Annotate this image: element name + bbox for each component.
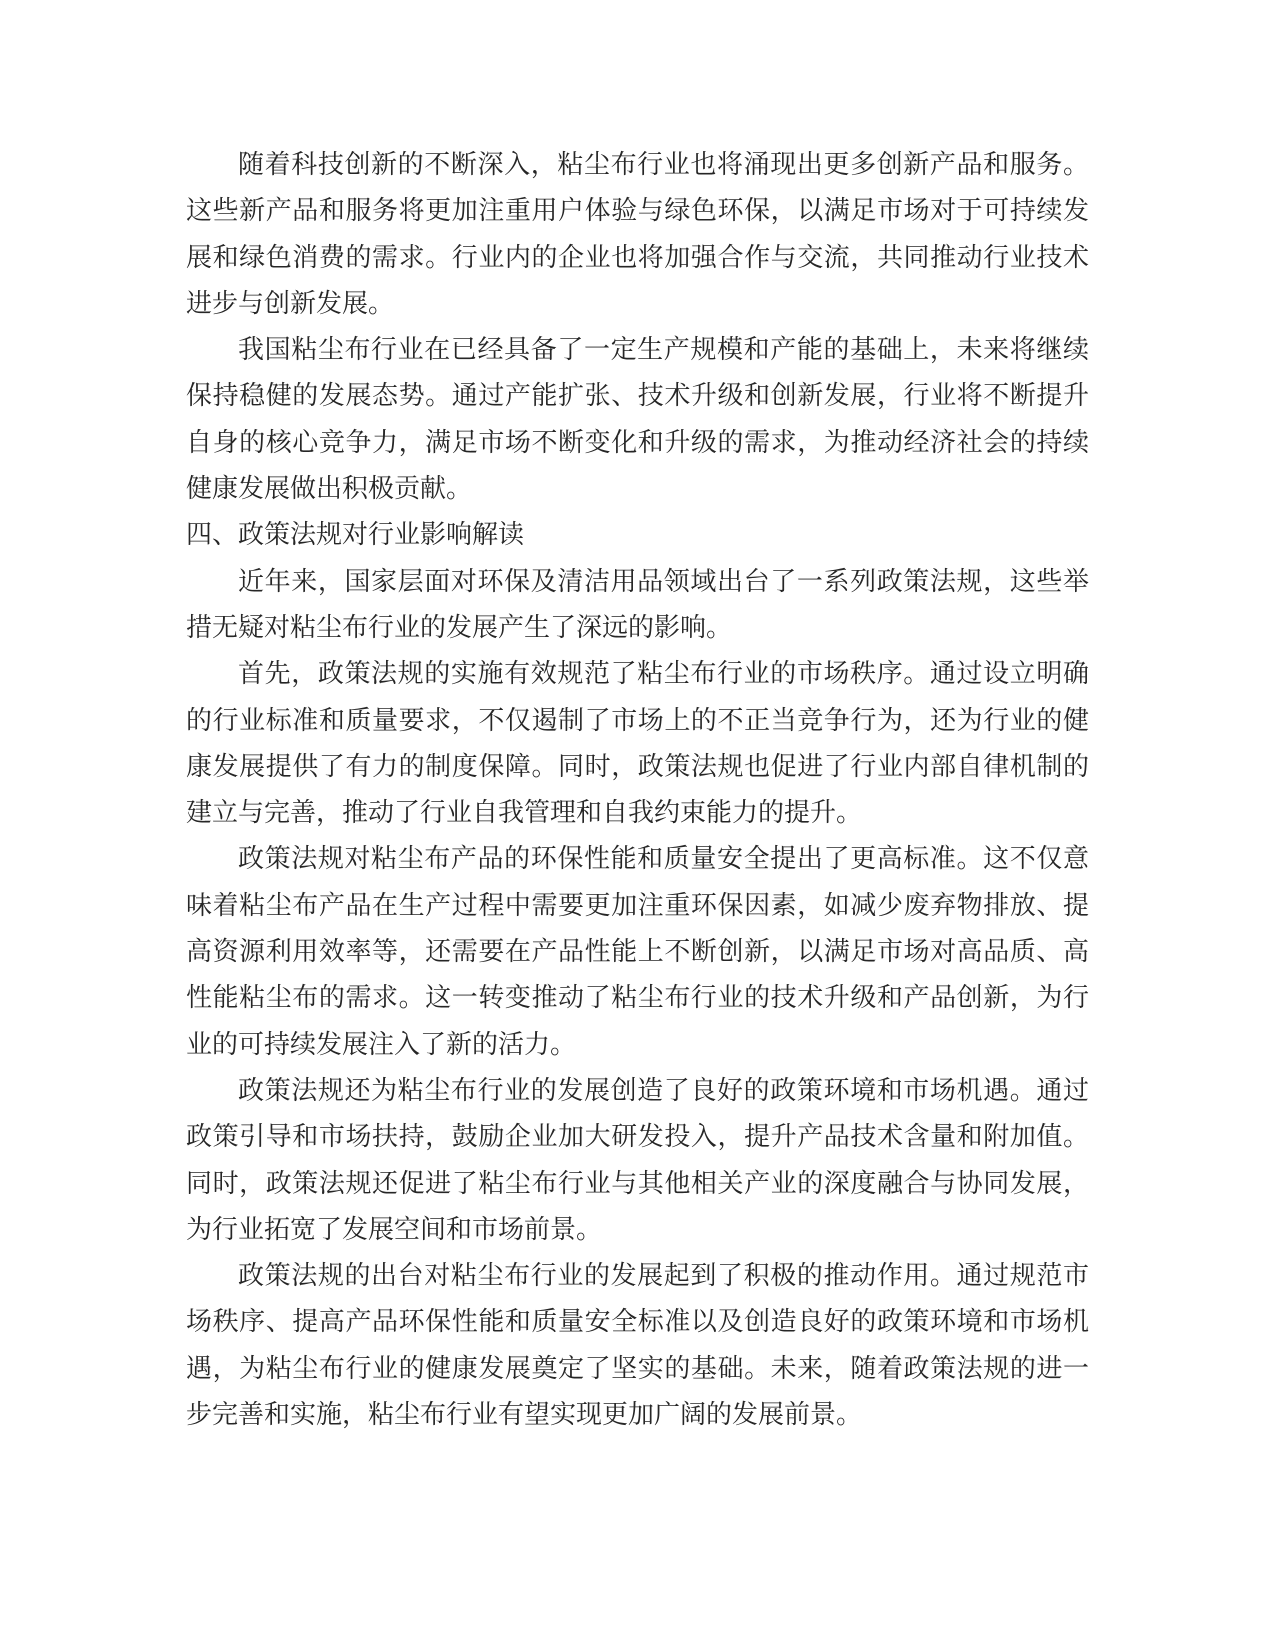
paragraph-market-order: 首先，政策法规的实施有效规范了粘尘布行业的市场秩序。通过设立明确的行业标准和质量… <box>186 651 1089 836</box>
paragraph-environmental-standards: 政策法规对粘尘布产品的环保性能和质量安全提出了更高标准。这不仅意味着粘尘布产品在… <box>186 836 1089 1067</box>
paragraph-policy-conclusion: 政策法规的出台对粘尘布行业的发展起到了积极的推动作用。通过规范市场秩序、提高产品… <box>186 1253 1089 1438</box>
paragraph-tech-innovation-outlook: 随着科技创新的不断深入，粘尘布行业也将涌现出更多创新产品和服务。这些新产品和服务… <box>186 142 1089 327</box>
section-heading-policy-impact: 四、政策法规对行业影响解读 <box>186 512 1089 558</box>
paragraph-policy-environment-opportunities: 政策法规还为粘尘布行业的发展创造了良好的政策环境和市场机遇。通过政策引导和市场扶… <box>186 1068 1089 1253</box>
page-content: 随着科技创新的不断深入，粘尘布行业也将涌现出更多创新产品和服务。这些新产品和服务… <box>186 142 1089 1438</box>
document-page: 随着科技创新的不断深入，粘尘布行业也将涌现出更多创新产品和服务。这些新产品和服务… <box>0 0 1275 1650</box>
paragraph-industry-development-outlook: 我国粘尘布行业在已经具备了一定生产规模和产能的基础上，未来将继续保持稳健的发展态… <box>186 327 1089 512</box>
paragraph-policy-intro: 近年来，国家层面对环保及清洁用品领域出台了一系列政策法规，这些举措无疑对粘尘布行… <box>186 559 1089 652</box>
